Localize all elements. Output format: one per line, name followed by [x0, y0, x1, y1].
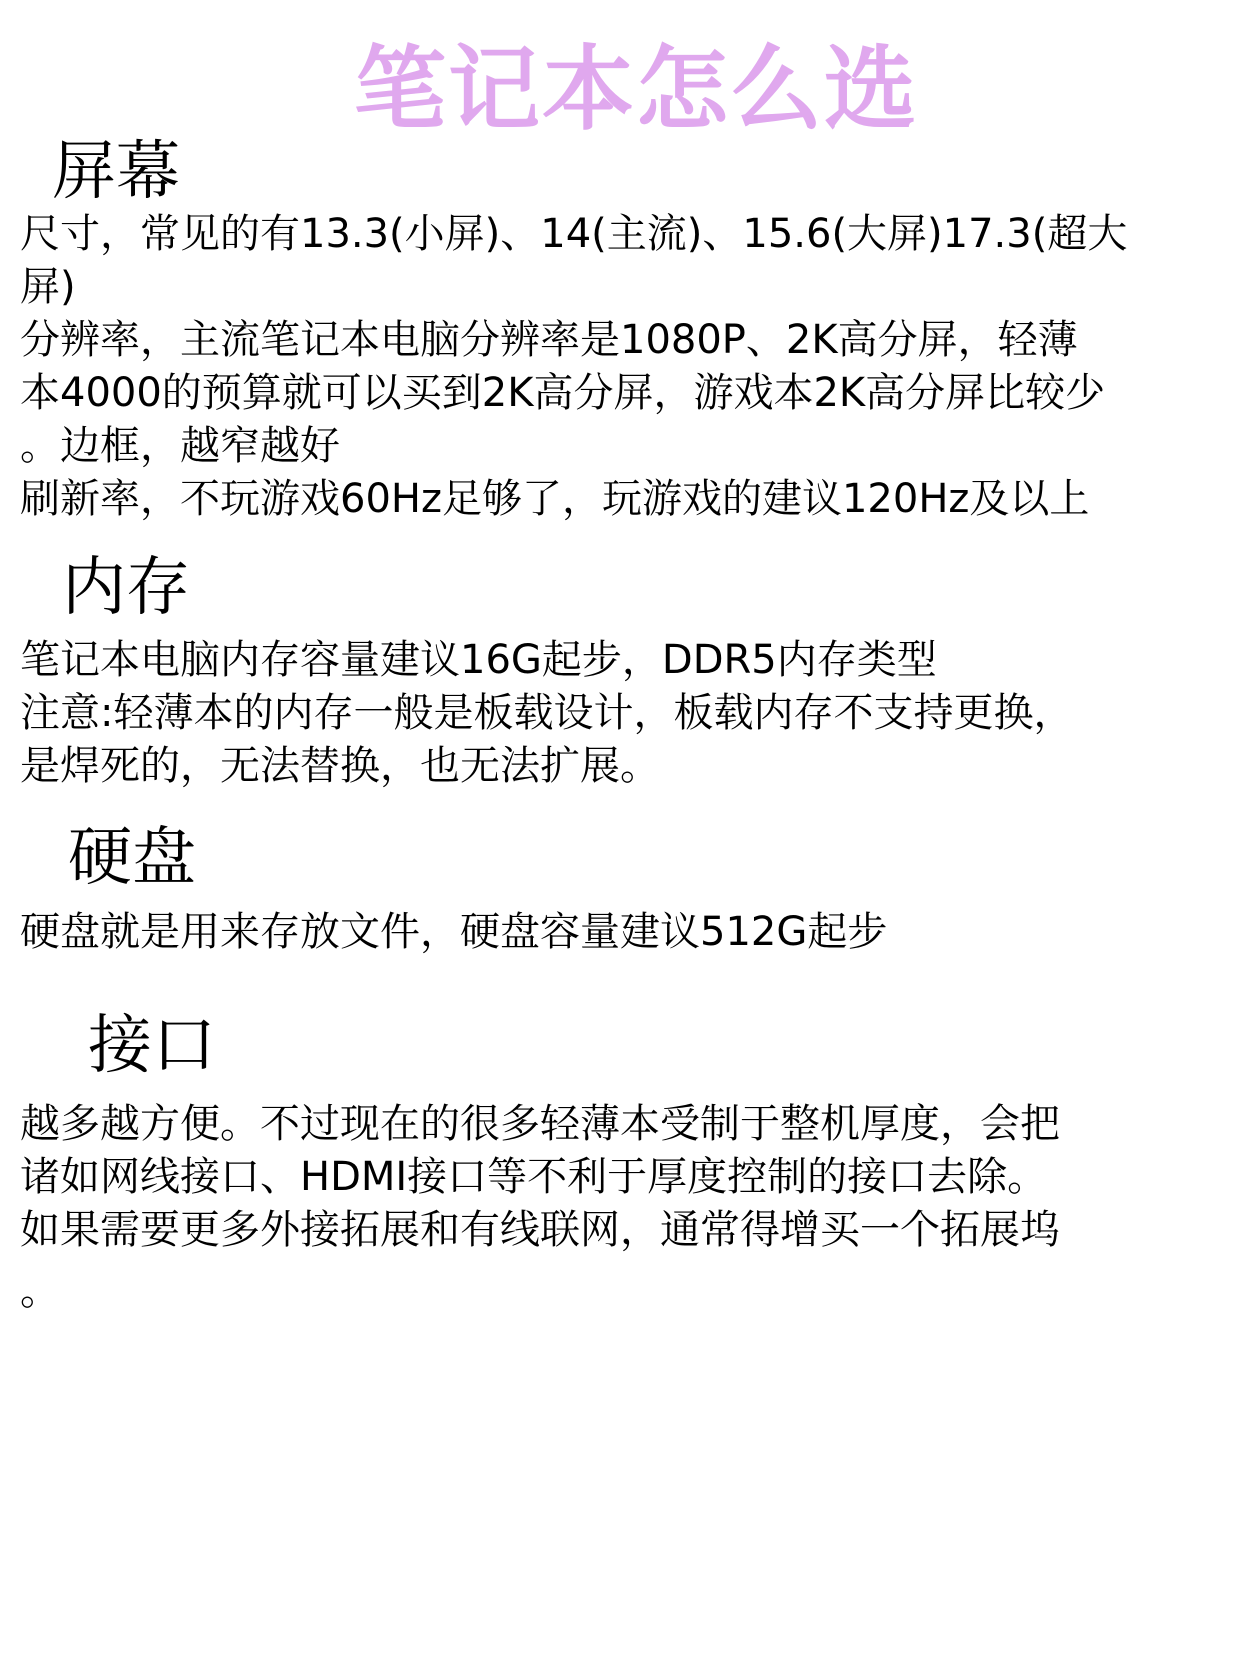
section-heading-ports: 接口: [88, 1006, 216, 1086]
page-title: 笔记本怎么选: [0, 30, 1242, 150]
section-heading-storage: 硬盘: [68, 818, 196, 898]
text-line: 尺寸，常见的有13.3(小屏)、14(主流)、15.6(大屏)17.3(超大: [20, 208, 1235, 261]
text-line: 硬盘就是用来存放文件，硬盘容量建议512G起步: [20, 906, 1235, 959]
text-line: 。边框，越窄越好: [20, 420, 1235, 473]
section-body-screen: 尺寸，常见的有13.3(小屏)、14(主流)、15.6(大屏)17.3(超大 屏…: [20, 208, 1235, 526]
text-line: 本4000的预算就可以买到2K高分屏，游戏本2K高分屏比较少: [20, 367, 1235, 420]
text-line: 。: [20, 1265, 1235, 1318]
section-heading-screen: 屏幕: [52, 132, 180, 212]
section-body-memory: 笔记本电脑内存容量建议16G起步，DDR5内存类型 注意:轻薄本的内存一般是板载…: [20, 634, 1235, 793]
text-line: 屏): [20, 261, 1235, 314]
text-line: 如果需要更多外接拓展和有线联网，通常得增买一个拓展坞: [20, 1204, 1235, 1257]
section-body-ports: 越多越方便。不过现在的很多轻薄本受制于整机厚度，会把 诸如网线接口、HDMI接口…: [20, 1098, 1235, 1318]
section-heading-memory: 内存: [62, 548, 190, 628]
text-line: 刷新率，不玩游戏60Hz足够了，玩游戏的建议120Hz及以上: [20, 473, 1235, 526]
text-line: 笔记本电脑内存容量建议16G起步，DDR5内存类型: [20, 634, 1235, 687]
text-line: 越多越方便。不过现在的很多轻薄本受制于整机厚度，会把: [20, 1098, 1235, 1151]
text-line: 分辨率，主流笔记本电脑分辨率是1080P、2K高分屏，轻薄: [20, 314, 1235, 367]
text-line: 诸如网线接口、HDMI接口等不利于厚度控制的接口去除。: [20, 1151, 1235, 1204]
section-body-storage: 硬盘就是用来存放文件，硬盘容量建议512G起步: [20, 906, 1235, 959]
text-line: 注意:轻薄本的内存一般是板载设计，板载内存不支持更换，: [20, 687, 1235, 740]
text-line: 是焊死的，无法替换，也无法扩展。: [20, 740, 1235, 793]
